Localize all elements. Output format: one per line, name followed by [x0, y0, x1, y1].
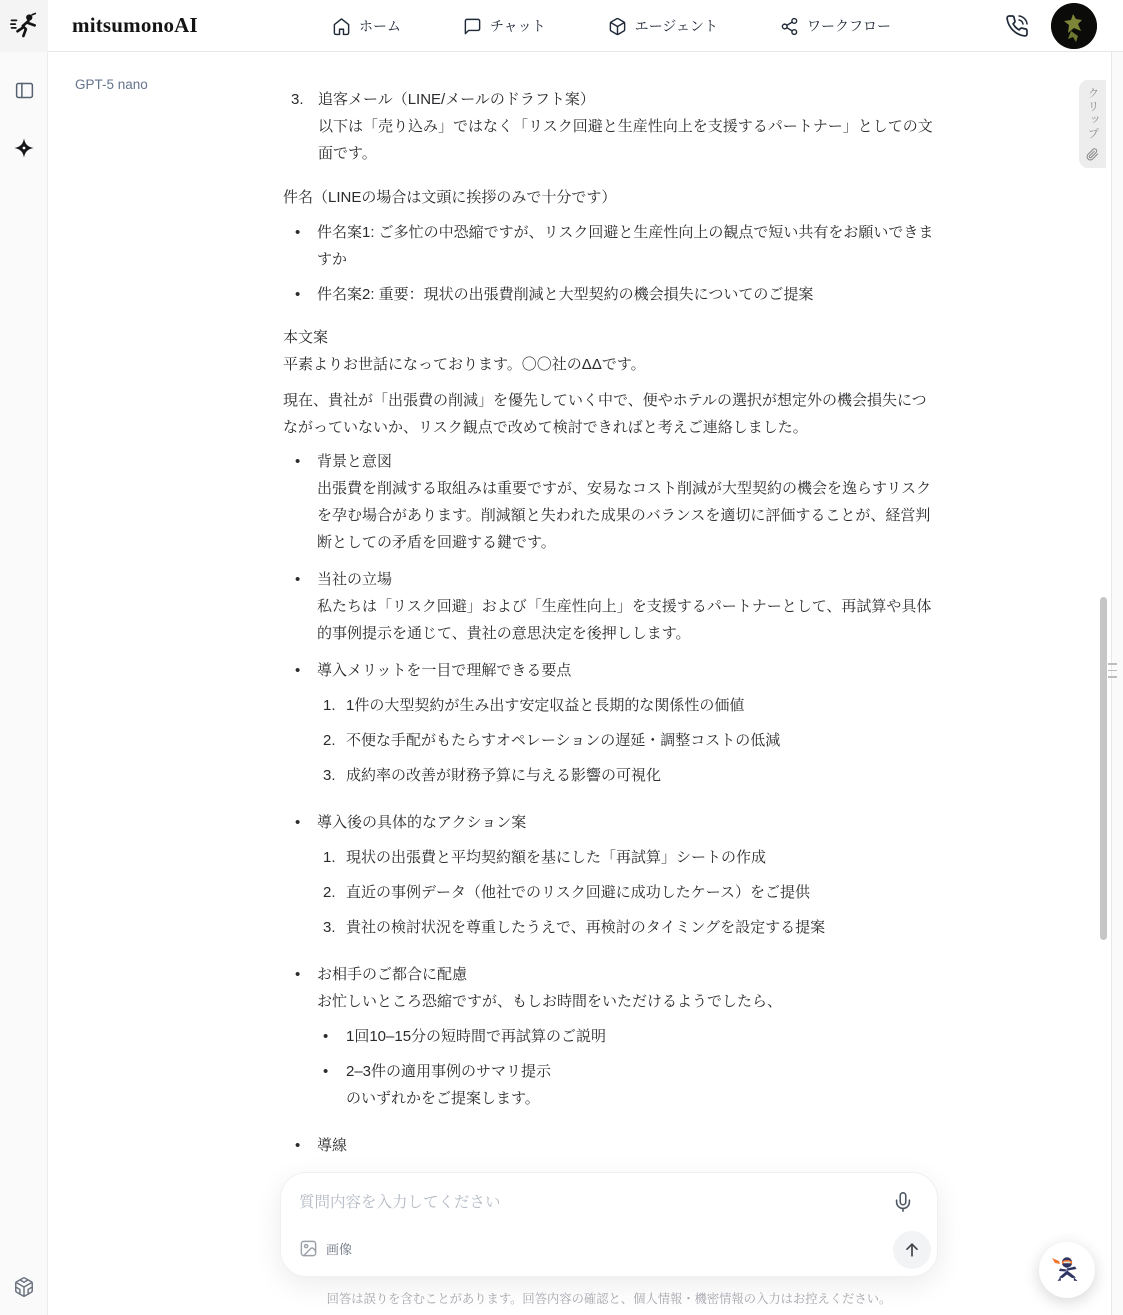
list-item: • 当社の立場 私たちは「リスク回避」および「生産性向上」を支援するパートナーと… — [295, 566, 937, 647]
bullet-title: お相手のご都合に配慮 — [317, 961, 937, 988]
app-window: mitsumonoAI ホーム チャット — [0, 0, 1123, 1315]
disclaimer-text: 回答は誤りを含むことがあります。回答内容の確認と、個人情報・機密情報の入力はお控… — [280, 1289, 938, 1307]
brand-logo[interactable] — [0, 0, 48, 52]
clip-tab-label: クリップ — [1085, 87, 1101, 141]
microphone-icon — [892, 1191, 914, 1213]
header: mitsumonoAI ホーム チャット — [0, 0, 1123, 52]
body-section: 本文案 平素よりお世話になっております。〇〇社のΔΔです。 — [283, 324, 937, 378]
scrollbar-thumb[interactable] — [1100, 597, 1107, 940]
main-nav: ホーム チャット エージェント — [332, 0, 891, 52]
bullet-body-clipped: ご希望の連絡手段（メール/LINE/電話）をご指定いただければ、再試算用の必要デ… — [317, 1159, 937, 1164]
nav-item-home[interactable]: ホーム — [332, 16, 401, 36]
sidebar-cube-button[interactable] — [0, 1267, 48, 1307]
sparkle-icon — [13, 137, 35, 159]
nav-item-chat[interactable]: チャット — [463, 16, 546, 36]
brand-title: mitsumonoAI — [72, 13, 198, 38]
composer-card: 画像 — [280, 1172, 938, 1277]
chat-panel: GPT-5 nano 3. 追客メール（LINE/メールのドラフト案） 以下は「… — [48, 52, 1112, 1315]
sidebar-toggle-button[interactable] — [0, 70, 48, 110]
sidebar-sparkle-button[interactable] — [0, 128, 48, 168]
panel-left-icon — [14, 80, 35, 101]
item3-body: 以下は「売り込み」ではなく「リスク回避と生産性向上を支援するパートナー」としての… — [318, 113, 937, 167]
bullet-body: 出張費を削減する取組みは重要ですが、安易なコスト削減が大型契約の機会を逸らすリス… — [317, 475, 937, 556]
list-item: • 導線 ご希望の連絡手段（メール/LINE/電話）をご指定いただければ、再試算… — [295, 1132, 937, 1164]
bullet-body: お忙しいところ恐縮ですが、もしお時間をいただけるようでしたら、 — [317, 988, 937, 1015]
nav-item-workflow[interactable]: ワークフロー — [780, 16, 891, 36]
clip-tab[interactable]: クリップ — [1079, 80, 1106, 168]
nav-label: エージェント — [635, 16, 718, 36]
list-item: • お相手のご都合に配慮 お忙しいところ恐縮ですが、もしお時間をいただけるようで… — [295, 961, 937, 1122]
chat-bubble-icon — [463, 17, 482, 36]
numbered-item-3: 3. 追客メール（LINE/メールのドラフト案） 以下は「売り込み」ではなく「リ… — [283, 86, 937, 167]
panel-resize-handle[interactable] — [1108, 663, 1117, 683]
assistant-message: 3. 追客メール（LINE/メールのドラフト案） 以下は「売り込み」ではなく「リ… — [283, 86, 937, 1164]
image-button-label: 画像 — [326, 1239, 352, 1258]
sublist-tail: のいずれかをご提案します。 — [346, 1085, 937, 1112]
paperclip-icon — [1086, 148, 1099, 161]
arrow-up-icon — [902, 1240, 922, 1260]
image-icon — [299, 1239, 318, 1258]
main-bullet-list: • 背景と意図 出張費を削減する取組みは重要ですが、安易なコスト削減が大型契約の… — [283, 448, 937, 1164]
bullet-title: 導線 — [317, 1132, 937, 1159]
subject-bullet-list: • 件名案1: ご多忙の中恐縮ですが、リスク回避と生産性向上の観点で短い共有をお… — [283, 219, 937, 308]
bullet-title: 背景と意図 — [317, 448, 937, 475]
nav-label: チャット — [490, 16, 546, 36]
voice-call-icon[interactable] — [1005, 14, 1029, 38]
list-item: • 背景と意図 出張費を削減する取組みは重要ですが、安易なコスト削減が大型契約の… — [295, 448, 937, 556]
sidebar — [0, 0, 48, 1315]
dot-sublist: •1回10–15分の短時間で再試算のご説明 •2–3件の適用事例のサマリ提示 の… — [323, 1023, 937, 1112]
image-upload-button[interactable]: 画像 — [299, 1239, 352, 1258]
numbered-sublist: 1.1件の大型契約が生み出す安定収益と長期的な関係性の価値 2.不便な手配がもた… — [323, 692, 937, 789]
body-greeting: 平素よりお世話になっております。〇〇社のΔΔです。 — [283, 351, 937, 378]
home-icon — [332, 17, 351, 36]
model-label: GPT-5 nano — [75, 77, 148, 92]
agent-box-icon — [608, 17, 627, 36]
mascot-assistant-button[interactable] — [1039, 1242, 1095, 1298]
send-button[interactable] — [893, 1231, 931, 1269]
bullet-body: 私たちは「リスク回避」および「生産性向上」を支援するパートナーとして、再試算や具… — [317, 593, 937, 647]
list-item: • 導入メリットを一目で理解できる要点 1.1件の大型契約が生み出す安定収益と長… — [295, 657, 937, 799]
bullet-title: 導入メリットを一目で理解できる要点 — [317, 657, 937, 684]
user-avatar[interactable] — [1051, 3, 1097, 49]
item3-title: 追客メール（LINE/メールのドラフト案） — [318, 86, 937, 113]
ninja-logo-icon — [9, 11, 39, 41]
bullet-title: 導入後の具体的なアクション案 — [317, 809, 937, 836]
cube-icon — [13, 1276, 35, 1298]
body-paragraph: 現在、貴社が「出張費の削減」を優先していく中で、便やホテルの選択が想定外の機会損… — [283, 387, 937, 441]
list-item: • 導入後の具体的なアクション案 1.現状の出張費と平均契約額を基にした「再試算… — [295, 809, 937, 951]
subject-heading: 件名（LINEの場合は文頭に挨拶のみで十分です） — [283, 184, 937, 211]
header-right — [1005, 0, 1097, 52]
nav-label: ホーム — [359, 16, 401, 36]
list-item: • 件名案2: 重要：現状の出張費削減と大型契約の機会損失についてのご提案 — [295, 281, 937, 308]
body-heading: 本文案 — [283, 324, 937, 351]
bullet-title: 当社の立場 — [317, 566, 937, 593]
workflow-share-icon — [780, 17, 799, 36]
list-number: 3. — [283, 86, 318, 167]
list-item: • 件名案1: ご多忙の中恐縮ですが、リスク回避と生産性向上の観点で短い共有をお… — [295, 219, 937, 273]
nav-item-agent[interactable]: エージェント — [608, 16, 718, 36]
question-input[interactable] — [299, 1187, 874, 1219]
numbered-sublist: 1.現状の出張費と平均契約額を基にした「再試算」シートの作成 2.直近の事例デー… — [323, 844, 937, 941]
ninja-mascot-icon — [1049, 1252, 1085, 1288]
nav-label: ワークフロー — [807, 16, 891, 36]
mic-button[interactable] — [889, 1188, 917, 1216]
